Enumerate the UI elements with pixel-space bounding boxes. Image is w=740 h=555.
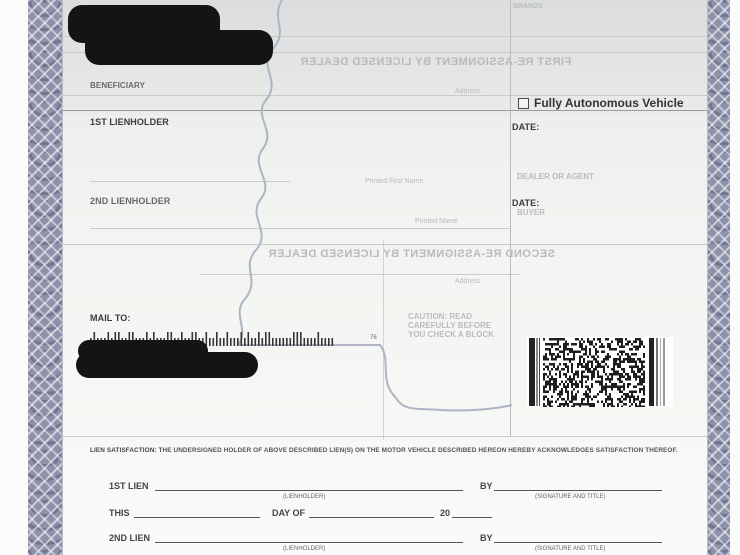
first-by-label: BY — [480, 481, 493, 491]
first-lien-label: 1ST LIEN — [109, 481, 149, 491]
year-prefix: 20 — [440, 508, 450, 518]
mail-to-code: 76 — [370, 335, 377, 341]
second-signature-caption: (SIGNATURE AND TITLE) — [535, 546, 605, 552]
month-field[interactable] — [309, 517, 434, 518]
day-field[interactable] — [134, 517, 260, 518]
second-by-label: BY — [480, 533, 493, 543]
first-lienholder-caption: (LIENHOLDER) — [283, 494, 325, 500]
second-signature-field[interactable] — [494, 542, 662, 543]
lien-satisfaction-lead: LIEN SATISFACTION: — [90, 447, 157, 454]
lien-satisfaction-text: THE UNDERSIGNED HOLDER OF ABOVE DESCRIBE… — [159, 447, 678, 454]
pdf417-barcode — [527, 337, 673, 407]
year-field[interactable] — [452, 517, 492, 518]
first-lienholder-field[interactable] — [155, 490, 463, 491]
first-signature-caption: (SIGNATURE AND TITLE) — [535, 494, 605, 500]
first-signature-field[interactable] — [494, 490, 662, 491]
day-of-label: DAY OF — [272, 508, 305, 518]
second-lienholder-field[interactable] — [155, 542, 463, 543]
redacted-owner-address — [85, 30, 273, 65]
lien-satisfaction-statement: LIEN SATISFACTION: THE UNDERSIGNED HOLDE… — [90, 447, 678, 454]
second-lienholder-label: 2ND LIENHOLDER — [90, 196, 170, 206]
second-lien-label: 2ND LIEN — [109, 533, 150, 543]
fully-autonomous-vehicle-option[interactable]: Fully Autonomous Vehicle — [518, 96, 684, 110]
fully-autonomous-vehicle-checkbox[interactable] — [518, 98, 529, 109]
fully-autonomous-vehicle-label: Fully Autonomous Vehicle — [534, 96, 684, 110]
beneficiary-label: BENEFICIARY — [90, 81, 145, 90]
redacted-mail-to-address — [76, 352, 258, 378]
date-label-second-lienholder: DATE: — [512, 198, 539, 208]
mail-to-label: MAIL TO: — [90, 313, 130, 323]
date-label-first-lienholder: DATE: — [512, 122, 539, 132]
this-label: THIS — [109, 508, 130, 518]
second-lienholder-caption: (LIENHOLDER) — [283, 546, 325, 552]
title-document: FIRST RE-ASSIGNMENT BY LICENSED DEALER S… — [0, 0, 740, 555]
first-lienholder-label: 1ST LIENHOLDER — [90, 117, 169, 127]
